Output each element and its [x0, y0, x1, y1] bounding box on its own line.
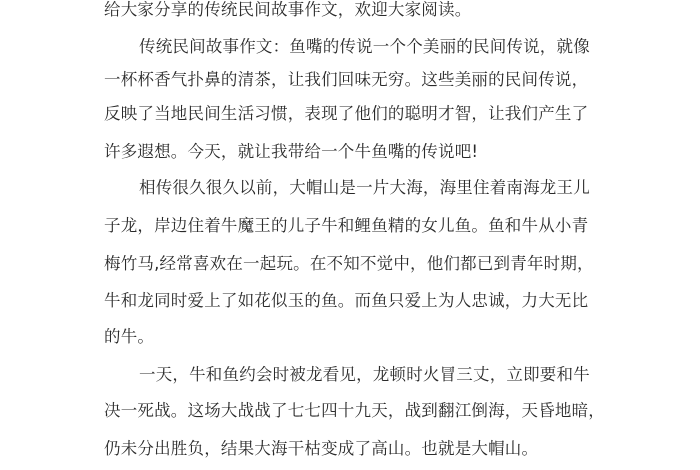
text-line: 牛和龙同时爱上了如花似玉的鱼。而鱼只爱上为人忠诚，力大无比	[104, 291, 604, 311]
text-line: 的牛。	[104, 327, 604, 347]
text-line: 一杯杯香气扑鼻的清茶，让我们回味无穷。这些美丽的民间传说，	[104, 70, 604, 90]
text-line: 梅竹马,经常喜欢在一起玩。在不知不觉中，他们都已到青年时期，	[104, 254, 604, 274]
text-line: 仍未分出胜负，结果大海干枯变成了高山。也就是大帽山。	[104, 439, 604, 459]
text-line: 给大家分享的传统民间故事作文，欢迎大家阅读。	[104, 0, 604, 20]
text-line: 子龙，岸边住着牛魔王的儿子牛和鲤鱼精的女儿鱼。鱼和牛从小青	[104, 216, 604, 236]
paragraph-start-line: 传统民间故事作文：鱼嘴的传说一个个美丽的民间传说，就像	[139, 37, 639, 57]
text-line: 反映了当地民间生活习惯，表现了他们的聪明才智，让我们产生了	[104, 104, 604, 124]
paragraph-start-line: 一天，牛和鱼约会时被龙看见，龙顿时火冒三丈，立即要和牛	[139, 365, 639, 385]
text-line: 决一死战。这场大战战了七七四十九天，战到翻江倒海，天昏地暗，	[104, 401, 604, 421]
paragraph-start-line: 相传很久很久以前，大帽山是一片大海，海里住着南海龙王儿	[139, 178, 639, 198]
text-line: 许多遐想。今天，就让我带给一个牛鱼嘴的传说吧!	[104, 142, 604, 162]
document-page: 给大家分享的传统民间故事作文，欢迎大家阅读。 传统民间故事作文：鱼嘴的传说一个个…	[0, 0, 700, 470]
